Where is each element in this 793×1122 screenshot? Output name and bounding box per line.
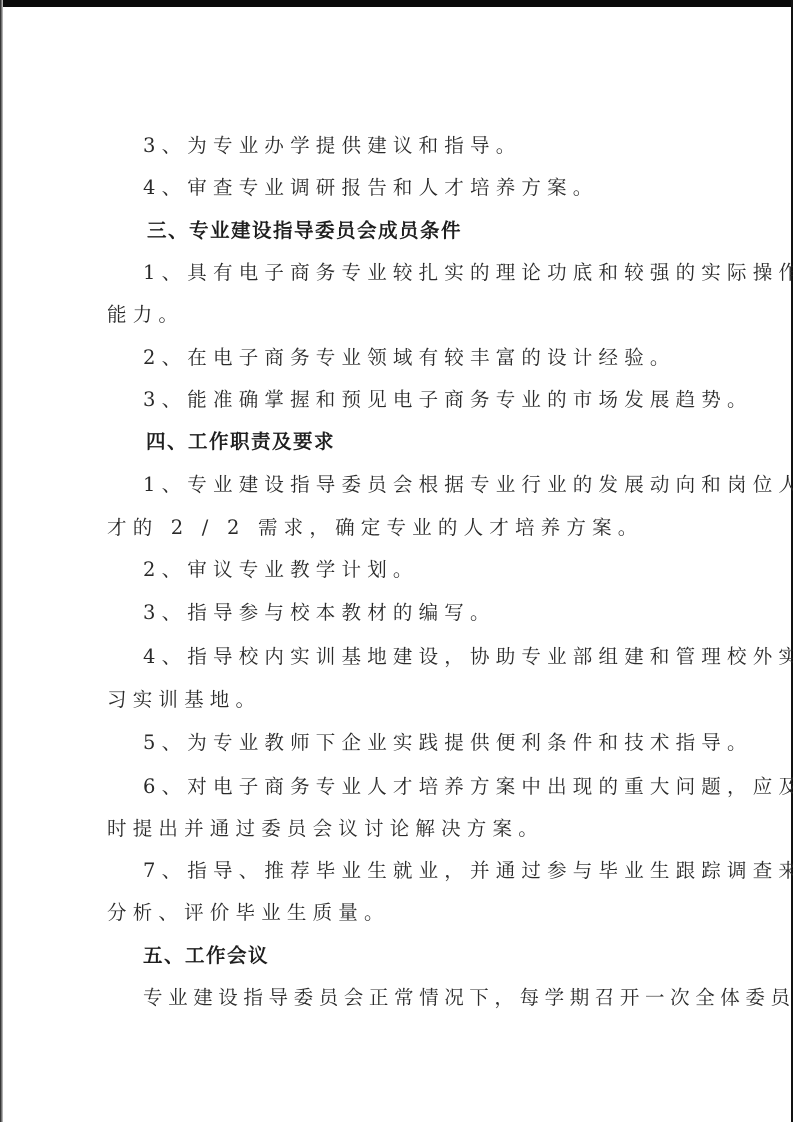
paragraph-item: 4、审查专业调研报告和人才培养方案。: [143, 176, 599, 200]
paragraph-item: 2、在电子商务专业领域有较丰富的设计经验。: [143, 346, 676, 370]
section-heading: 三、专业建设指导委员会成员条件: [147, 219, 462, 243]
paragraph-item: 4、指导校内实训基地建设，协助专业部组建和管理校外实: [143, 645, 793, 669]
document-page: 3、为专业办学提供建议和指导。 4、审查专业调研报告和人才培养方案。 三、专业建…: [0, 0, 793, 1122]
paragraph-item: 5、为专业教师下企业实践提供便利条件和技术指导。: [143, 731, 753, 755]
paragraph-continuation: 习实训基地。: [107, 688, 261, 712]
section-heading: 四、工作职责及要求: [146, 430, 335, 454]
paragraph-item: 3、为专业办学提供建议和指导。: [143, 134, 521, 158]
paragraph-continuation: 时提出并通过委员会议讨论解决方案。: [107, 817, 544, 841]
paragraph-continuation: 能力。: [107, 303, 184, 327]
paragraph-item: 6、对电子商务专业人才培养方案中出现的重大问题，应及: [143, 775, 793, 799]
paragraph-continuation: 才的 2 / 2 需求，确定专业的人才培养方案。: [107, 516, 643, 540]
paragraph-item: 专业建设指导委员会正常情况下，每学期召开一次全体委员: [143, 986, 793, 1010]
paragraph-item: 3、指导参与校本教材的编写。: [143, 601, 496, 625]
paragraph-item: 3、能准确掌握和预见电子商务专业的市场发展趋势。: [143, 388, 753, 412]
paragraph-item: 2、审议专业教学计划。: [143, 558, 419, 582]
paragraph-item: 1、专业建设指导委员会根据专业行业的发展动向和岗位人: [143, 473, 793, 497]
paragraph-item: 7、指导、推荐毕业生就业，并通过参与毕业生跟踪调查来: [143, 859, 793, 883]
section-heading: 五、工作会议: [143, 944, 269, 968]
paragraph-item: 1、具有电子商务专业较扎实的理论功底和较强的实际操作: [143, 261, 793, 285]
paragraph-continuation: 分析、评价毕业生质量。: [107, 901, 390, 925]
